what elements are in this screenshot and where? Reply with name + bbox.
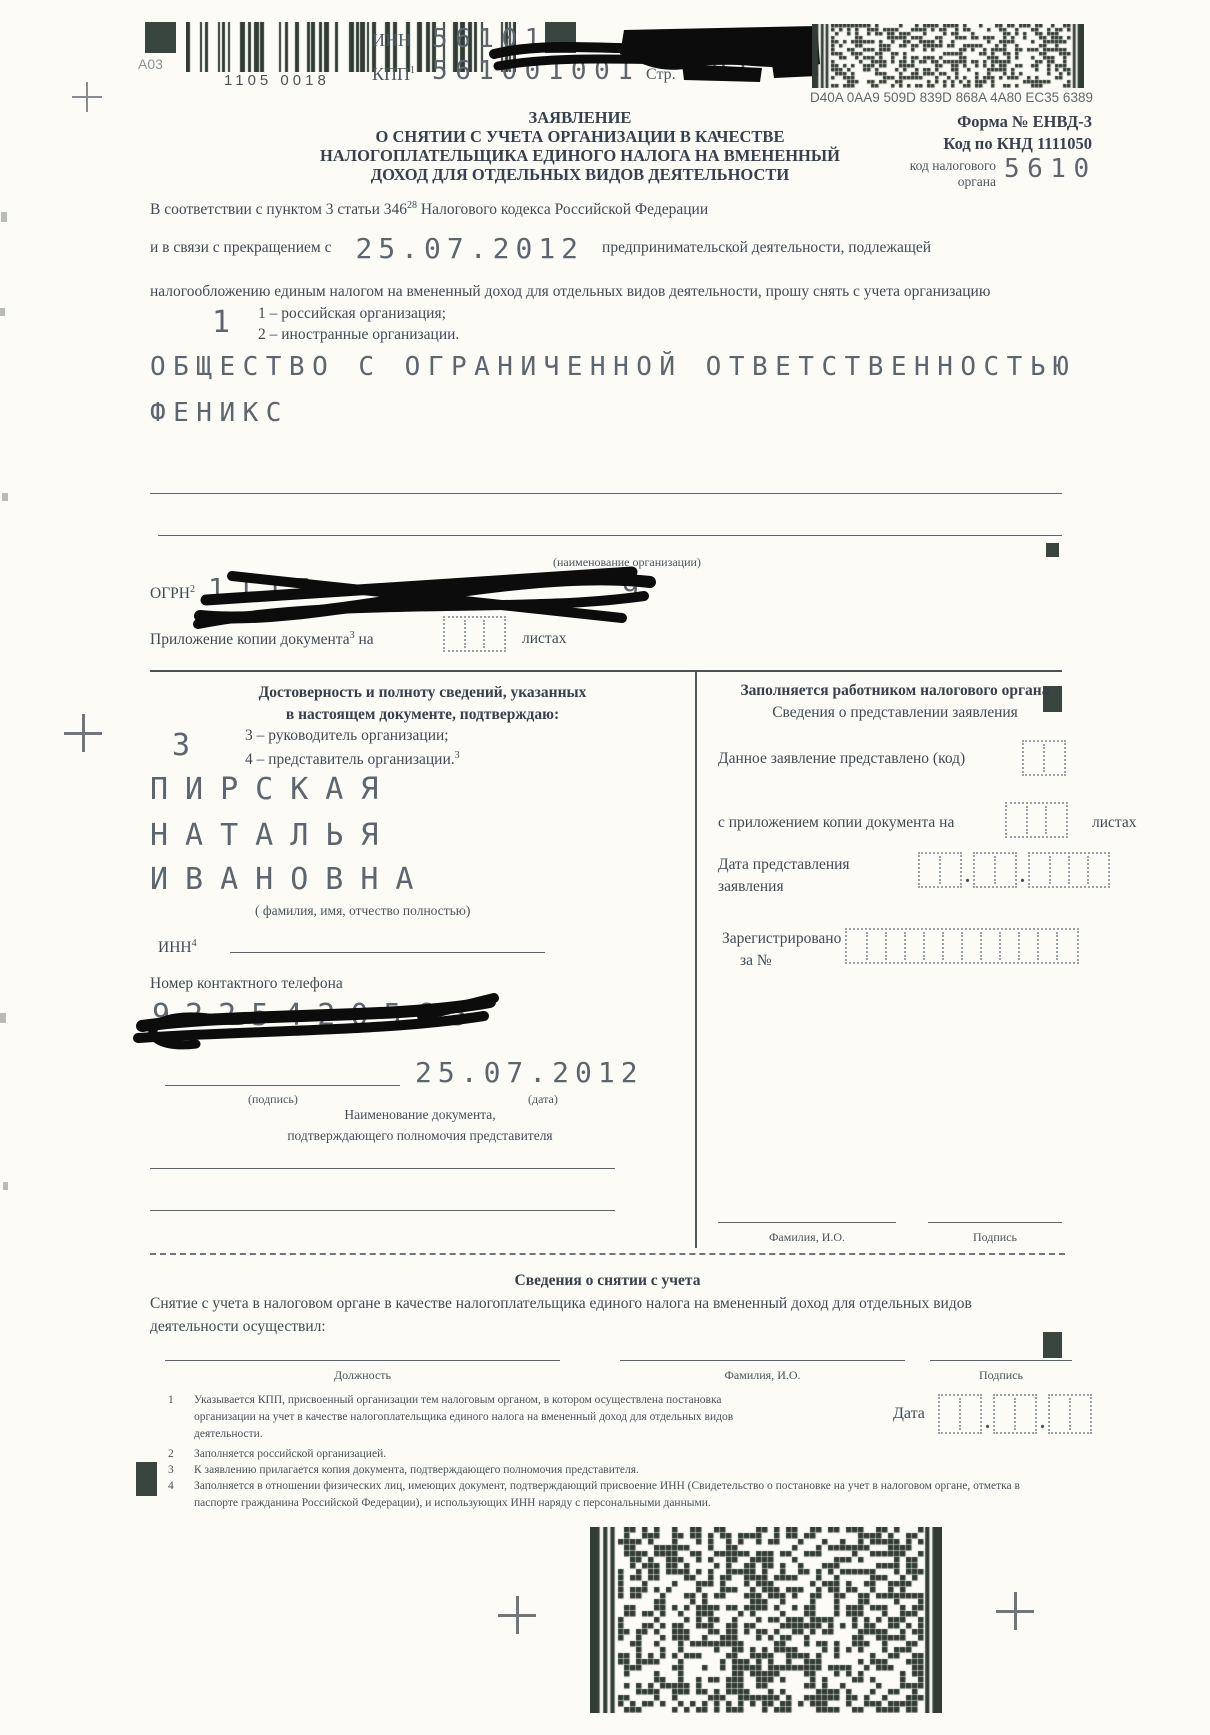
title-line-2: О СНЯТИИ С УЧЕТА ОРГАНИЗАЦИИ В КАЧЕСТВЕ (300, 127, 860, 146)
title-line-1: ЗАЯВЛЕНИЕ (300, 108, 860, 127)
signer-inn-label: ИНН4 (158, 938, 197, 957)
edge-black-square-left (136, 1462, 157, 1496)
matrix-barcode-bottom (590, 1527, 942, 1713)
matrix-barcode-top (812, 24, 1084, 88)
submission-date-box: . . (918, 852, 1110, 888)
signer-type-legend: 3 – руководитель организации; 4 – предст… (245, 726, 460, 770)
official-sheets-box (1005, 802, 1068, 838)
registered-label-1: Зарегистрировано (722, 930, 841, 948)
tear-off-dashed-line (150, 1253, 1065, 1255)
scanned-tax-form-envd3: A03 1105 0018 ИНН 56101 КПП1 561001001 С… (0, 0, 1210, 1735)
officer-sign-label: Подпись (930, 1368, 1072, 1383)
official-fio-label: Фамилия, И.О. (718, 1230, 896, 1245)
kpp-footnote-ref: 1 (410, 65, 415, 76)
signer-inn-blank-line (230, 952, 545, 953)
official-fio-line (718, 1222, 896, 1223)
signature-date-value: 25.07.2012 (415, 1056, 644, 1089)
barcode-number: 1105 0018 (224, 72, 330, 89)
attachment-sheets-box (443, 616, 506, 652)
intro-line-2: и в связи с прекращением с 25.07.2012 пр… (150, 228, 931, 268)
title-line-3: НАЛОГОПЛАТЕЛЬЩИКА ЕДИНОГО НАЛОГА НА ВМЕН… (300, 146, 860, 165)
confirmation-header: Достоверность и полноту сведений, указан… (150, 682, 695, 726)
signer-type-option-1: 3 – руководитель организации; (245, 726, 460, 746)
ogrn-label: ОГРН2 (150, 584, 195, 603)
scan-artifact (3, 1182, 8, 1190)
submission-date-label-1: Дата представления (718, 856, 850, 874)
edge-black-square-right-1 (1046, 543, 1059, 557)
corner-black-square-1 (145, 22, 176, 53)
scan-artifact (2, 493, 8, 501)
submitted-code-label: Данное заявление представлено (код) (718, 750, 965, 768)
officer-fio-line (620, 1360, 905, 1361)
registered-label-2: за № (740, 952, 772, 970)
barcode-hex-code: D40A 0AA9 509D 839D 868A 4A80 EC35 6389 (810, 90, 1093, 105)
signer-surname: ПИРСКАЯ (150, 772, 395, 807)
deregistration-line-1: Снятие с учета в налоговом органе в каче… (150, 1295, 1065, 1313)
official-subheader: Сведения о представлении заявления (700, 704, 1090, 722)
submission-date-label-2: заявления (718, 878, 784, 896)
org-name-blank-line-1 (150, 493, 1062, 494)
phone-redaction-scribble (132, 986, 504, 1052)
representative-doc-caption: Наименование документа,подтверждающего п… (150, 1104, 690, 1146)
scan-artifact (0, 1013, 6, 1023)
tax-authority-code: 5610 (1004, 154, 1097, 184)
section-divider-vertical (695, 670, 697, 1248)
doc-blank-line-1 (150, 1168, 615, 1169)
signer-type-code-value: 3 (172, 728, 190, 763)
footnote-2: 2 Заполняется российской организацией. (168, 1446, 1048, 1463)
form-name: Форма № ЕНВД-3 (860, 112, 1092, 132)
intro-line-1: В соответствии с пунктом 3 статьи 34628 … (150, 200, 708, 219)
organization-name-line-2: ФЕНИКС (150, 398, 289, 428)
section-divider-horizontal (150, 670, 1062, 672)
termination-date-value: 25.07.2012 (355, 232, 584, 265)
org-type-code-value: 1 (212, 305, 230, 340)
edge-black-square-right-3 (1043, 1332, 1062, 1358)
tax-authority-label: код налоговогооргана (868, 158, 996, 190)
signer-patronymic: ИВАНОВНА (150, 862, 431, 897)
registration-plus-bottom-left (498, 1596, 536, 1634)
deregistration-line-2: деятельности осуществил: (150, 1318, 326, 1336)
official-header: Заполняется работником налогового органа (700, 682, 1090, 700)
termination-date-suffix: предпринимательской деятельности, подлеж… (602, 239, 931, 257)
ogrn-redaction-scribble (192, 556, 662, 634)
registration-plus-top-left (72, 82, 102, 112)
org-type-option-2: 2 – иностранные организации. (258, 324, 459, 345)
footnote-3: 3 К заявлению прилагается копия документ… (168, 1462, 1048, 1479)
registration-plus-bottom-right (996, 1592, 1034, 1630)
inn-label: ИНН (372, 30, 411, 51)
officer-fio-label: Фамилия, И.О. (620, 1368, 905, 1383)
position-line (165, 1360, 560, 1361)
attachment-label: Приложение копии документа3 на (150, 630, 374, 649)
signer-type-option-2: 4 – представитель организации.3 (245, 746, 460, 770)
org-type-option-1: 1 – российская организация; (258, 303, 459, 324)
footnote-1: 1 Указывается КПП, присвоенный организац… (168, 1392, 768, 1443)
registration-plus-left-middle (64, 714, 102, 752)
plate-code-label: A03 (138, 56, 163, 72)
signature-blank-line (165, 1085, 400, 1086)
organization-name-line-1: ОБЩЕСТВО С ОГРАНИЧЕННОЙ ОТВЕТСТВЕННОСТЬЮ (150, 352, 1076, 382)
deregistration-header: Сведения о снятии с учета (150, 1272, 1065, 1290)
official-sign-label: Подпись (928, 1230, 1062, 1245)
official-sign-line (928, 1222, 1062, 1223)
inn-redaction-blob (612, 24, 824, 88)
form-title: ЗАЯВЛЕНИЕ О СНЯТИИ С УЧЕТА ОРГАНИЗАЦИИ В… (300, 108, 860, 184)
footnote-4: 4 Заполняется в отношении физических лиц… (168, 1478, 1063, 1512)
attachment-sheets-suffix: листах (522, 630, 567, 648)
submitted-code-box (1022, 740, 1066, 776)
official-sheets-suffix: листах (1092, 814, 1137, 832)
registered-number-box (845, 928, 1079, 964)
kpp-label: КПП1 (372, 64, 415, 85)
official-copy-label: с приложением копии документа на (718, 814, 954, 832)
scan-artifact (0, 308, 5, 316)
doc-blank-line-2 (150, 1210, 615, 1211)
fio-caption: ( фамилия, имя, отчество полностью) (255, 903, 470, 919)
deregistration-date-label: Дата (893, 1405, 925, 1423)
signer-name: НАТАЛЬЯ (150, 818, 395, 853)
deregistration-date-box: . . (938, 1394, 1092, 1434)
termination-date-prefix: и в связи с прекращением с (150, 239, 331, 257)
scan-artifact (1, 212, 7, 222)
org-name-blank-line-2 (158, 535, 1062, 536)
officer-sign-line (930, 1360, 1072, 1361)
title-line-4: ДОХОД ДЛЯ ОТДЕЛЬНЫХ ВИДОВ ДЕЯТЕЛЬНОСТИ (300, 165, 860, 184)
intro-line-3: налогообложению единым налогом на вменен… (150, 283, 990, 301)
knd-code: Код по КНД 1111050 (860, 134, 1092, 154)
org-type-legend: 1 – российская организация; 2 – иностран… (258, 303, 459, 345)
position-label: Должность (165, 1368, 560, 1383)
